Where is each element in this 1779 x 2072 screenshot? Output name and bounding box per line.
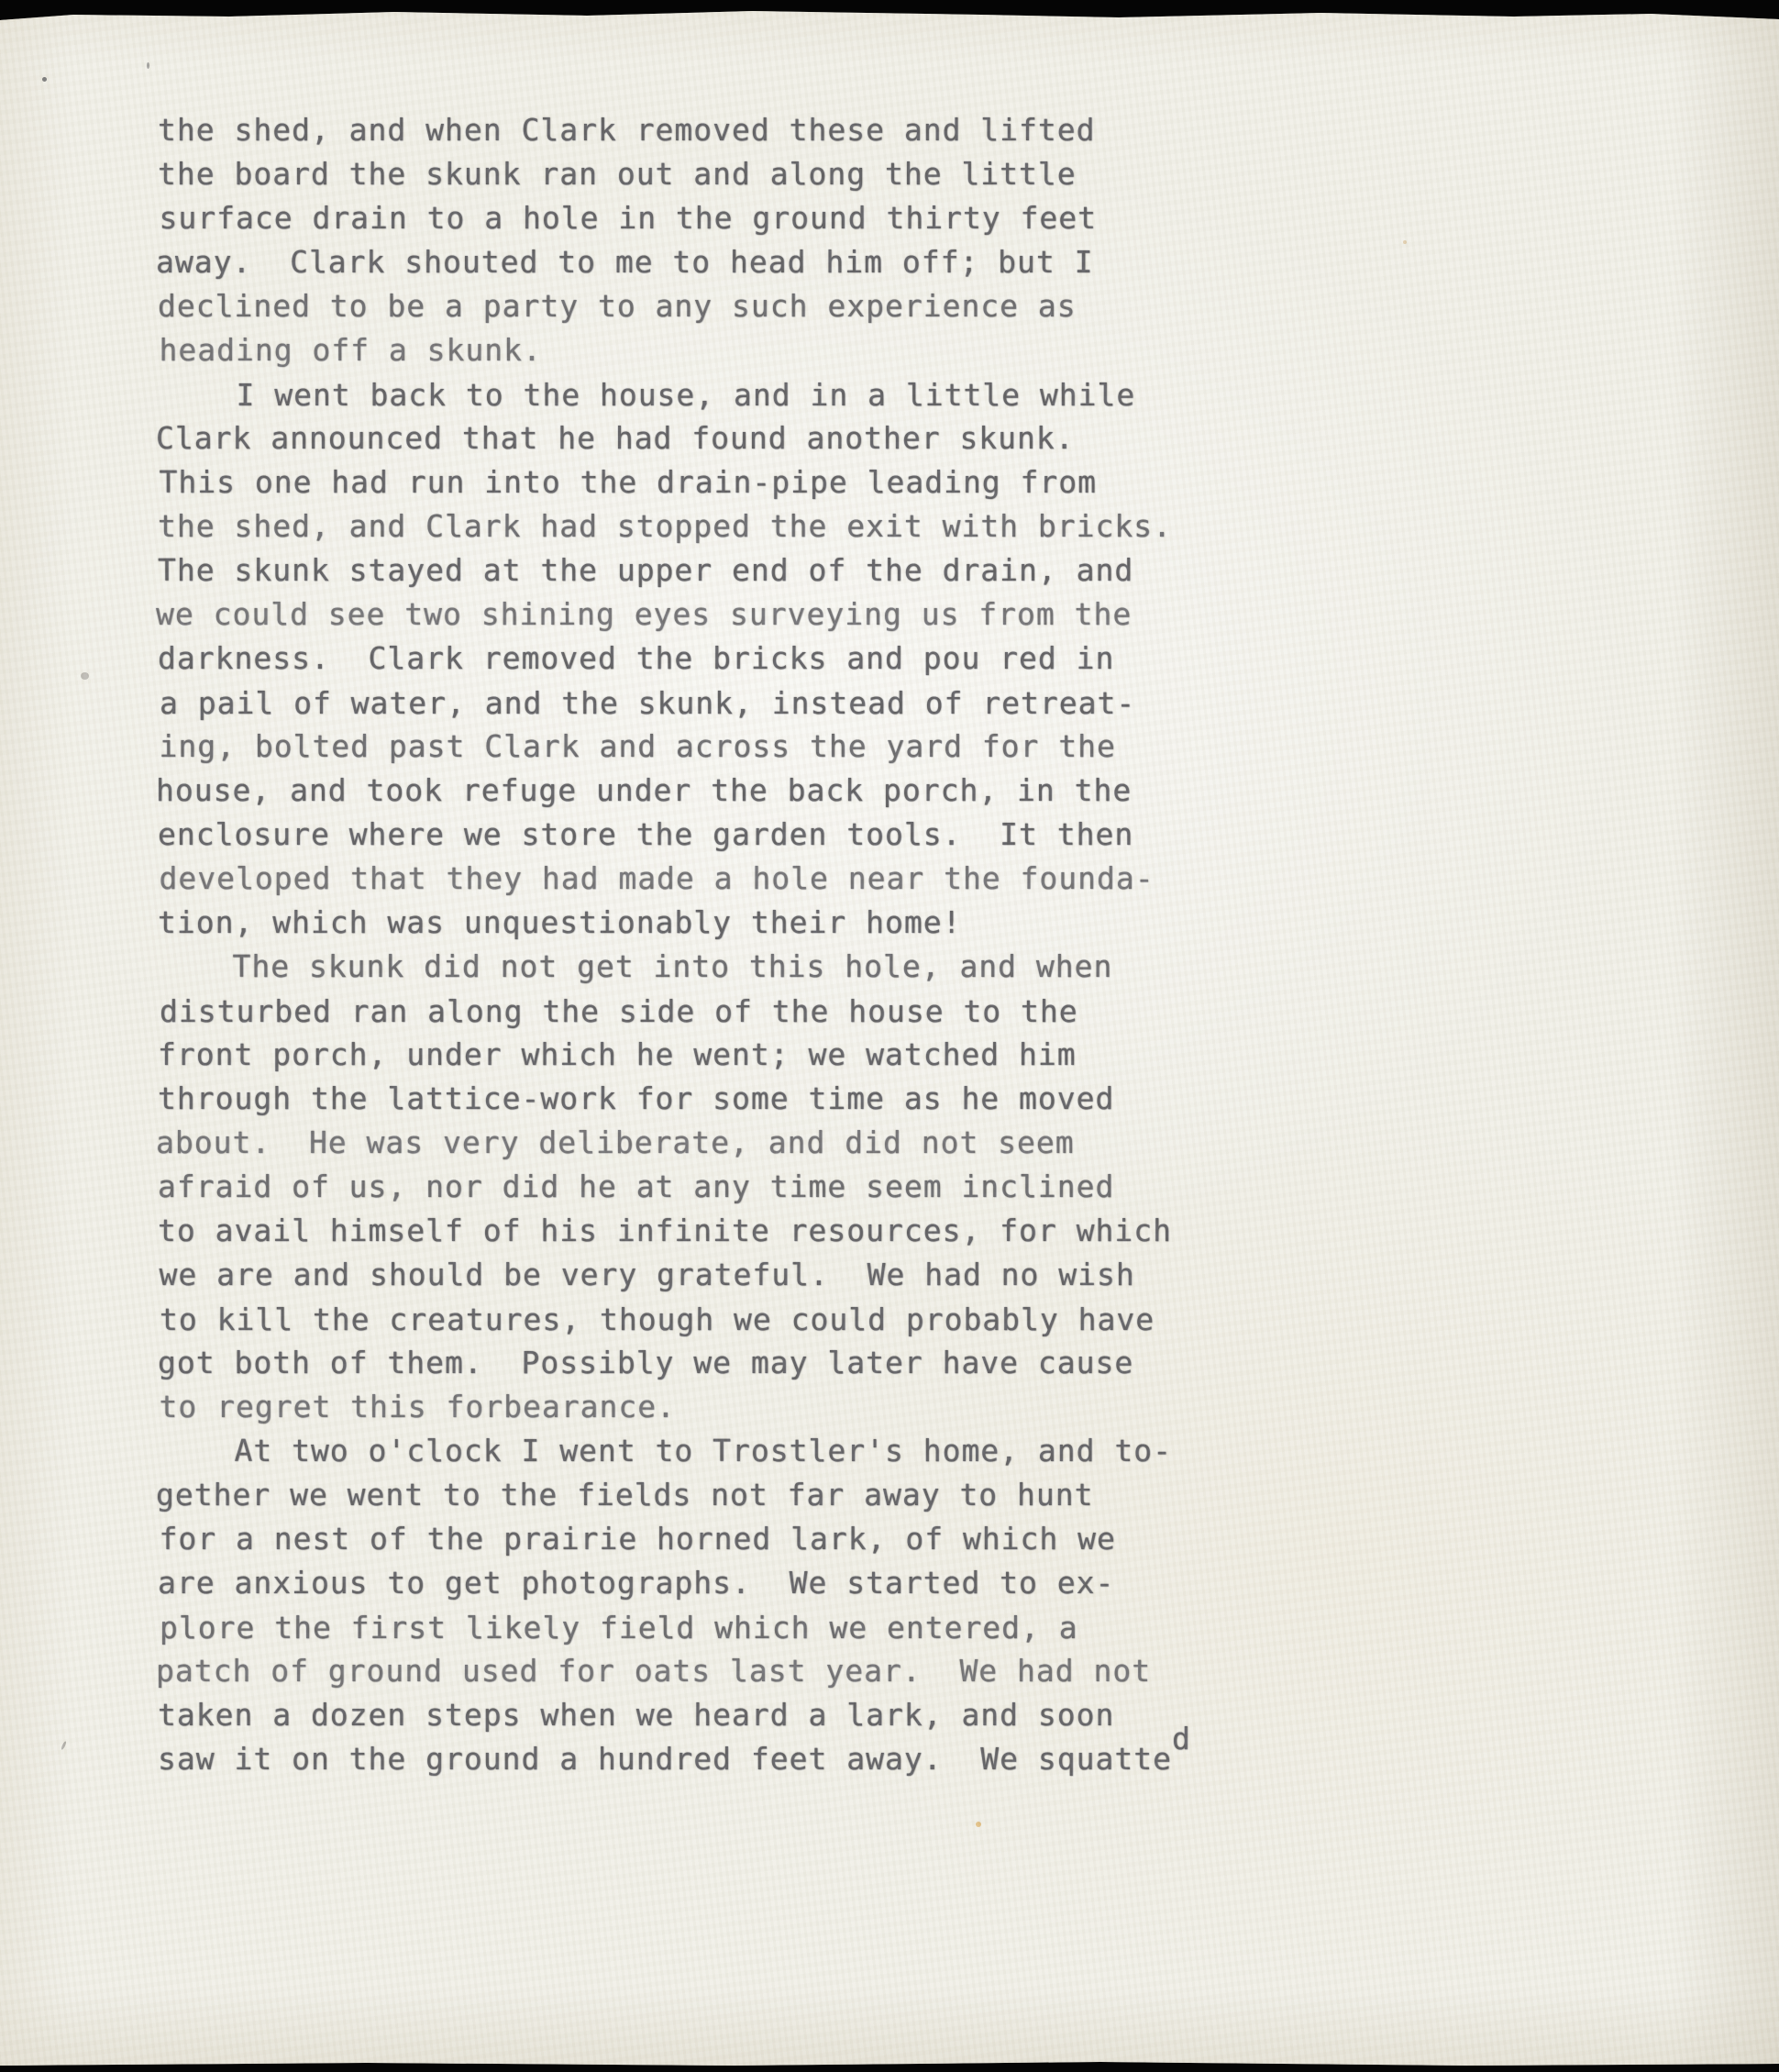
typed-line-text: darkness. Clark removed the bricks and p…: [158, 640, 1114, 676]
typed-line: This one had run into the drain-pipe lea…: [160, 460, 1627, 504]
typed-line: ing, bolted past Clark and across the ya…: [160, 725, 1627, 769]
typed-line-text: disturbed ran along the side of the hous…: [160, 993, 1078, 1029]
typed-line: The skunk stayed at the upper end of the…: [158, 548, 1625, 593]
paper-sheet: the shed, and when Clark removed these a…: [0, 0, 1779, 2072]
typed-line-text: through the lattice-work for some time a…: [158, 1080, 1114, 1116]
typed-line-text: taken a dozen steps when we heard a lark…: [158, 1697, 1114, 1733]
typed-line: we are and should be very grateful. We h…: [160, 1253, 1627, 1297]
typed-line-text: to kill the creatures, though we could p…: [160, 1302, 1155, 1337]
typed-line-text: for a nest of the prairie horned lark, o…: [160, 1521, 1116, 1557]
typed-line: away. Clark shouted to me to head him of…: [156, 240, 1623, 284]
typed-line: are anxious to get photographs. We start…: [158, 1561, 1625, 1605]
typed-line-text: we are and should be very grateful. We h…: [160, 1257, 1135, 1292]
typed-line-text: The skunk did not get into this hole, an…: [156, 948, 1112, 984]
typed-line-text: got both of them. Possibly we may later …: [158, 1345, 1133, 1380]
typed-line: plore the first likely field which we en…: [160, 1606, 1627, 1650]
typed-line-text: the board the skunk ran out and along th…: [158, 156, 1077, 192]
typed-line: At two o'clock I went to Trostler's home…: [158, 1429, 1625, 1473]
typed-line: the shed, and when Clark removed these a…: [158, 108, 1625, 152]
typed-line-text: ing, bolted past Clark and across the ya…: [160, 728, 1116, 764]
typed-line: Clark announced that he had found anothe…: [156, 416, 1623, 460]
typed-line-text: front porch, under which he went; we wat…: [158, 1036, 1077, 1072]
typed-line: surface drain to a hole in the ground th…: [160, 196, 1627, 240]
raised-character: d: [1172, 1721, 1191, 1756]
typed-line-text: the shed, and Clark had stopped the exit…: [158, 508, 1172, 544]
typed-line-text: This one had run into the drain-pipe lea…: [160, 464, 1098, 500]
typed-line-text: afraid of us, nor did he at any time see…: [158, 1169, 1114, 1204]
typed-line: afraid of us, nor did he at any time see…: [158, 1165, 1625, 1209]
typed-line-text: away. Clark shouted to me to head him of…: [156, 244, 1094, 280]
typed-line-text: house, and took refuge under the back po…: [156, 772, 1132, 808]
typed-line-text: declined to be a party to any such exper…: [158, 288, 1077, 324]
typed-line: house, and took refuge under the back po…: [156, 769, 1623, 813]
typed-line: The skunk did not get into this hole, an…: [156, 945, 1623, 989]
typed-line-text: are anxious to get photographs. We start…: [158, 1565, 1114, 1601]
typed-line: disturbed ran along the side of the hous…: [160, 990, 1627, 1034]
typed-line: enclosure where we store the garden tool…: [158, 813, 1625, 857]
typed-line-text: we could see two shining eyes surveying …: [156, 596, 1132, 632]
typed-line: to regret this forbearance.: [160, 1385, 1627, 1429]
paper-speck: [61, 1741, 67, 1750]
typed-line: front porch, under which he went; we wat…: [158, 1033, 1625, 1077]
paper-speck: [976, 1822, 981, 1827]
typed-line-text: about. He was very deliberate, and did n…: [156, 1125, 1075, 1160]
typed-line-text: saw it on the ground a hundred feet away…: [158, 1741, 1172, 1777]
typed-line-text: tion, which was unquestionably their hom…: [158, 904, 961, 940]
typed-line-text: a pail of water, and the skunk, instead …: [160, 685, 1135, 721]
typed-line-text: patch of ground used for oats last year.…: [156, 1653, 1151, 1689]
typed-line: I went back to the house, and in a littl…: [160, 373, 1627, 417]
typed-line: gether we went to the fields not far awa…: [156, 1473, 1623, 1517]
paper-speck: [42, 77, 47, 82]
typed-line-text: plore the first likely field which we en…: [160, 1610, 1078, 1645]
typed-line-text: gether we went to the fields not far awa…: [156, 1477, 1094, 1512]
typed-line-text: I went back to the house, and in a littl…: [160, 377, 1135, 413]
typed-line-text: the shed, and when Clark removed these a…: [158, 112, 1096, 148]
typed-line-text: heading off a skunk.: [160, 332, 542, 368]
typed-line-text: to avail himself of his infinite resourc…: [158, 1213, 1172, 1248]
typed-line-text: to regret this forbearance.: [160, 1389, 676, 1424]
typed-line: got both of them. Possibly we may later …: [158, 1341, 1625, 1385]
typed-line: saw it on the ground a hundred feet away…: [158, 1737, 1625, 1781]
typed-line: we could see two shining eyes surveying …: [156, 593, 1623, 637]
typed-line: the board the skunk ran out and along th…: [158, 152, 1625, 196]
typed-line: the shed, and Clark had stopped the exit…: [158, 504, 1625, 548]
typed-line: taken a dozen steps when we heard a lark…: [158, 1693, 1625, 1737]
typed-line: heading off a skunk.: [160, 328, 1627, 372]
typed-line-text: The skunk stayed at the upper end of the…: [158, 552, 1133, 588]
paper-speck: [81, 672, 89, 680]
typed-line: declined to be a party to any such exper…: [158, 284, 1625, 328]
typed-line-text: At two o'clock I went to Trostler's home…: [158, 1433, 1172, 1468]
typed-line: to avail himself of his infinite resourc…: [158, 1209, 1625, 1253]
typed-line: for a nest of the prairie horned lark, o…: [160, 1517, 1627, 1561]
typed-line-text: developed that they had made a hole near…: [160, 860, 1155, 896]
typed-line: tion, which was unquestionably their hom…: [158, 901, 1625, 945]
typed-line-text: Clark announced that he had found anothe…: [156, 420, 1075, 456]
typed-line: about. He was very deliberate, and did n…: [156, 1121, 1623, 1165]
typed-line: to kill the creatures, though we could p…: [160, 1298, 1627, 1342]
typed-line-text: enclosure where we store the garden tool…: [158, 816, 1133, 852]
typed-line-text: surface drain to a hole in the ground th…: [160, 200, 1098, 236]
typed-line: developed that they had made a hole near…: [160, 857, 1627, 901]
typed-line: patch of ground used for oats last year.…: [156, 1649, 1623, 1693]
typed-text-block: the shed, and when Clark removed these a…: [158, 108, 1625, 1781]
paper-speck: [147, 62, 149, 69]
typed-line: a pail of water, and the skunk, instead …: [160, 681, 1627, 726]
typed-line: through the lattice-work for some time a…: [158, 1077, 1625, 1121]
typed-line: darkness. Clark removed the bricks and p…: [158, 637, 1625, 681]
